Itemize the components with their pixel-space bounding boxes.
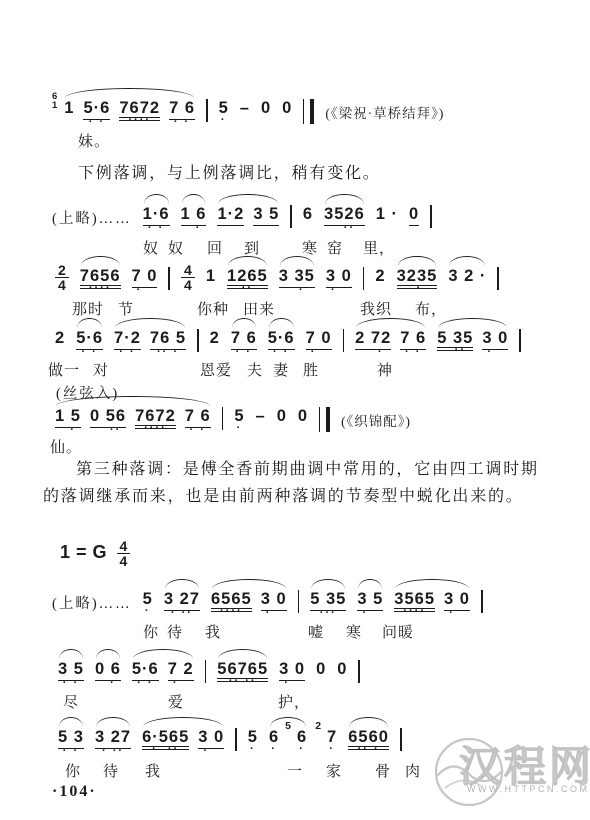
note-group: 1·6· · (143, 205, 170, 226)
score-line-1: 6115·6· ·7672····7 6· ·5·–00(《梁祝·草桥结拜》) (52, 84, 444, 124)
note-group: 1·23 5 (217, 205, 279, 226)
lyric-syllable: 待 (167, 621, 183, 642)
note: 0 (298, 407, 308, 425)
octave-dots: · · (190, 428, 206, 433)
grace-digit: 2 (315, 720, 321, 732)
note-group: 6·56· (269, 728, 307, 746)
barline (235, 728, 237, 751)
note: 6565···· (211, 590, 252, 612)
note: 0 56 ·· (90, 407, 126, 428)
note-group: 7·2· ·76 5·· · (114, 329, 186, 350)
note: 5·6· · (83, 99, 110, 120)
octave-dots: ···· (128, 118, 151, 123)
note-group: 3 35 · (279, 267, 315, 288)
score-caption: (《梁祝·草桥结拜》) (325, 99, 444, 122)
note-group: 5· (234, 407, 244, 425)
note: 3 5· · (58, 660, 84, 681)
note: – (240, 99, 250, 117)
slur-arc (438, 318, 507, 328)
score-line-2: (上略)……1·6· ·1 6 ·1·23 563526 ··1 ·0 (52, 190, 432, 228)
note-group: 7 0· (132, 267, 158, 288)
paragraph-third-drop-line1: 第三种落调：是傅全香前期曲调中常用的，它由四工调时期 (43, 456, 555, 483)
lyric-syllable: 胜 (303, 359, 319, 380)
lyric-row: 做一对恩爱夫妻胜神 (0, 359, 590, 379)
time-numerator: 4 (181, 264, 195, 278)
ellipsis-prefix: (上略)…… (52, 590, 132, 613)
lyric-syllable: 仙。 (50, 436, 82, 457)
note: 76 5·· · (150, 329, 186, 350)
key-equals: = (76, 542, 87, 563)
octave-dots: ·· (95, 428, 122, 433)
slur-arc (59, 649, 83, 659)
note-group: – (240, 99, 250, 117)
barline (400, 728, 402, 751)
key-meter: 4 4 (117, 540, 131, 567)
note-group: 6 (303, 205, 313, 223)
slur-arc (356, 318, 425, 328)
note: 1 (206, 267, 216, 285)
slur-arc (65, 88, 194, 98)
note: 5 35··· (310, 590, 346, 611)
slur-arc (269, 318, 294, 328)
octave-dots: ·· (237, 286, 258, 291)
note-group: 7 6· · (231, 329, 257, 350)
octave-dots: · (145, 609, 151, 614)
slur-arc (311, 579, 345, 589)
octave-dots: · (331, 288, 347, 293)
octave-dots: · (137, 288, 153, 293)
note-group: 1265 ·· (227, 267, 268, 289)
note-group: 3 5· · (58, 660, 84, 681)
note-group: 3235 · (397, 267, 438, 289)
key-signature: 1 = G 4 4 (60, 538, 130, 567)
note-group: 15·6· ·7672····7 6· · (64, 99, 195, 121)
ellipsis-prefix: (上略)…… (52, 205, 132, 228)
note: 7· (327, 728, 337, 746)
slur-arc (395, 579, 469, 589)
note-group: 3 0· (279, 660, 305, 681)
slur-arc (81, 256, 120, 266)
key-letter: G (93, 542, 107, 563)
note: 1·2 (217, 205, 244, 226)
note: 7 6· · (231, 329, 257, 350)
note-group: 1 6 · (181, 205, 207, 226)
note: 3565···· (394, 590, 435, 612)
lyric-row: 妹。 (0, 130, 590, 150)
slur-arc (398, 256, 437, 266)
note: 3 27· ·· (95, 728, 131, 749)
octave-dots: · (250, 747, 256, 752)
note: 0 (337, 660, 347, 678)
note: 1·6· · (143, 205, 170, 226)
score-line-4: 25·6· ·7·2· ·76 5·· ·27 6· ·5·6· ·7 0· 2… (55, 314, 521, 352)
octave-dots: · ·· (171, 611, 193, 616)
note-group: 7 0· (306, 329, 332, 350)
note-group: 6·565· ··3 0· (142, 728, 224, 750)
note-group: 3526 ·· (324, 205, 365, 226)
note: 6· (297, 728, 307, 746)
lyric-syllable: 家 (326, 760, 342, 781)
note-group: 0 (316, 660, 326, 678)
octave-dots: · (362, 611, 378, 616)
barline (168, 267, 170, 290)
octave-dots: · (311, 350, 327, 355)
octave-dots: · · (63, 749, 79, 754)
barline (290, 205, 292, 228)
lyric-syllable: 神 (377, 359, 393, 380)
grace-digit: 5 (285, 720, 291, 732)
note-group: 5· (219, 99, 229, 117)
note: 2 (55, 329, 65, 347)
note: 7 0· (306, 329, 332, 350)
octave-dots: · (60, 428, 76, 433)
octave-dots: ·· (334, 226, 355, 231)
note: 7656···· (80, 267, 121, 289)
lyric-syllable: 待 (103, 760, 119, 781)
slur-arc (144, 194, 169, 204)
octave-dots: ···· (89, 286, 112, 291)
octave-dots: ···· (403, 609, 426, 614)
octave-dots: · · (236, 350, 252, 355)
note: 6·565· ·· (142, 728, 189, 750)
lyric-row: 仙。 (0, 436, 590, 456)
barline (298, 590, 300, 613)
barline (430, 205, 432, 228)
note-group: 27· (318, 728, 337, 746)
slur-arc (96, 717, 130, 727)
note-group: 2 (375, 267, 385, 285)
octave-dots: · (100, 681, 116, 686)
note: 6 (303, 205, 313, 223)
note: 1 (64, 99, 74, 117)
octave-dots: · · (405, 350, 421, 355)
lyric-syllable: 尽 (63, 691, 79, 712)
note-group: 5·6· ·7 2· (132, 660, 194, 681)
score-line-7: 3 5· ·0 6 ·5·6· ·7 2· 56765·· ··3 0· 00 (58, 645, 360, 683)
octave-dots: · (237, 426, 243, 431)
note: 3 0· (279, 660, 305, 681)
note: 7 0· (132, 267, 158, 288)
note: 2 72 · (355, 329, 391, 350)
barline (343, 329, 345, 352)
octave-dots: ·· · (157, 350, 179, 355)
slur-arc (115, 318, 185, 328)
note-group: 3 27· ·· (95, 728, 131, 749)
lyric-syllable: 恩爱 (200, 359, 232, 380)
octave-dots: · (407, 286, 428, 291)
octave-dots: · · (137, 681, 153, 686)
note: 7 2· (168, 660, 194, 681)
octave-dots: · (289, 288, 305, 293)
lyric-syllable: 一 (287, 760, 303, 781)
note: 6560·· · (348, 728, 389, 750)
note-group: 1 (206, 267, 216, 285)
note: 0 (409, 205, 419, 226)
octave-dots: · (266, 611, 282, 616)
note: 3526 ·· (324, 205, 365, 226)
octave-dots: · · (81, 350, 97, 355)
slur-arc (280, 256, 314, 266)
sheet-music-page: 汉程网 WWW.HTTPCN.COM 下例落调，与上例落调比，稍有变化。 (丝弦… (0, 0, 590, 820)
lyric-syllable: 妹。 (78, 130, 110, 151)
time-denominator: 4 (184, 278, 192, 291)
note-group: 2 (210, 329, 220, 347)
slur-arc (96, 649, 120, 659)
barline (205, 660, 207, 683)
note-group: 1 · (376, 205, 398, 223)
note: 7 6· · (400, 329, 426, 350)
slur-arc (218, 194, 278, 204)
note: 56765·· ·· (217, 660, 268, 682)
slur-arc (143, 717, 223, 727)
lyric-syllable: 我 (205, 621, 221, 642)
note-group: 2 72 ·7 6· · (355, 329, 426, 350)
octave-dots: ···· (220, 609, 243, 614)
note: 3 27· ·· (164, 590, 200, 611)
barline (363, 267, 365, 290)
lyric-syllable: 寒 (346, 621, 362, 642)
note-group: 0 (277, 407, 287, 425)
slur-arc (59, 717, 83, 727)
note-group: 3 27· ·· (164, 590, 200, 611)
note: 3 0· (198, 728, 224, 749)
note-group: 5·6· · (268, 329, 295, 350)
note-group: 5· (248, 728, 258, 746)
key-tonic: 1 (60, 542, 70, 563)
octave-dots: · (299, 747, 305, 752)
octave-dots: · · (119, 350, 135, 355)
time-denominator: 4 (58, 278, 66, 291)
lyric-syllable: 你 (65, 760, 81, 781)
note: 2 (375, 267, 385, 285)
lyric-syllable: 你 (143, 621, 159, 642)
note: 5·6· · (76, 329, 103, 350)
lyric-syllable: 嘘 (308, 621, 324, 642)
note-group: 5 35 ··3 0· (437, 329, 508, 351)
note-group: 0 6 · (95, 660, 121, 681)
octave-dots: · (449, 611, 465, 616)
slur-arc (218, 649, 267, 659)
note-group: 5 3· · (58, 728, 84, 749)
slur-arc (165, 579, 199, 589)
note-group: 3 2 · (448, 267, 486, 285)
lyric-syllable: 肉 (405, 760, 421, 781)
octave-dots: · · (89, 120, 105, 125)
note: 1 · (376, 205, 398, 223)
barline (519, 329, 521, 352)
note: 5· (143, 590, 153, 608)
note-group: 0 (298, 407, 308, 425)
slur-arc (449, 256, 485, 266)
octave-dots: · · (148, 226, 164, 231)
octave-dots: · ·· (102, 749, 124, 754)
barline (497, 267, 499, 290)
note-group: 6565····3 0· (211, 590, 287, 612)
lyric-row: 你待我一家骨肉 (0, 760, 590, 780)
note: – (256, 407, 266, 425)
grace-digit: 1 (52, 101, 57, 110)
note: 0 (316, 660, 326, 678)
note: 2 (210, 329, 220, 347)
note: 3 0· (444, 590, 470, 611)
note: 6· (269, 728, 279, 746)
octave-dots: · (186, 226, 202, 231)
note-group: 7656···· (80, 267, 121, 289)
score-caption: (《织锦配》) (341, 407, 411, 430)
final-barline (319, 407, 330, 432)
note: 7672···· (135, 407, 176, 429)
note: 5 3· · (58, 728, 84, 749)
slur-arc (349, 717, 388, 727)
slur-arc (228, 256, 267, 266)
note-group: 0 (282, 99, 292, 117)
time-signature: 44 (181, 264, 195, 291)
note: 3235 · (397, 267, 438, 289)
octave-dots: · (487, 350, 503, 355)
note-group: 5·6· · (76, 329, 103, 350)
slur-arc (232, 318, 256, 328)
note: 3 0· (482, 329, 508, 350)
lyric-syllable: 问暖 (382, 621, 414, 642)
note-group: 2 (55, 329, 65, 347)
score-line-5: 1 5 ·0 56 ··7672····7 6· ·5·–00(《织锦配》) (55, 392, 411, 432)
note: 3 0· (261, 590, 287, 611)
page-number: ·104· (52, 783, 97, 801)
note: 7 6· · (169, 99, 195, 120)
final-barline (303, 99, 314, 124)
barline (222, 407, 224, 430)
note: 3 0· (326, 267, 352, 288)
note-group: 5· (143, 590, 153, 608)
score-line-8: 5 3· ·3 27· ··6·565· ··3 0· 5·6·56·27·65… (58, 713, 402, 751)
octave-dots: ·· ·· (229, 679, 257, 684)
note-group: 3 0· (326, 267, 352, 288)
octave-dots: · (363, 350, 384, 355)
paragraph-third-drop: 第三种落调：是傅全香前期曲调中常用的，它由四工调时期 的落调继承而来，也是由前两… (43, 456, 555, 510)
lyric-syllable: 妻 (273, 359, 289, 380)
octave-dots: · ·· (152, 747, 179, 752)
barline (206, 99, 208, 122)
note-group: 3 5· (357, 590, 383, 611)
note-group: 0 (409, 205, 419, 226)
note: 3 5 (253, 205, 279, 226)
lyric-syllable: 夫 (247, 359, 263, 380)
note: 3 5· (357, 590, 383, 611)
note: 0 (282, 99, 292, 117)
slur-arc (182, 194, 206, 204)
slur-arc (133, 649, 193, 659)
paragraph-intro: 下例落调，与上例落调比，稍有变化。 (45, 160, 550, 187)
note: 5· (248, 728, 258, 746)
octave-dots: · (173, 681, 189, 686)
octave-dots: · (203, 749, 219, 754)
note-group: 0 (261, 99, 271, 117)
time-numerator: 2 (55, 264, 69, 278)
octave-dots: · · (273, 350, 289, 355)
lyric-syllable: 爱 (168, 691, 184, 712)
octave-dots: ·· · (358, 747, 380, 752)
note-group: 6560·· · (348, 728, 389, 750)
octave-dots: · (221, 118, 227, 123)
barline (481, 590, 483, 613)
key-meter-denominator: 4 (120, 554, 128, 567)
slur-arc (212, 579, 286, 589)
score-line-6: (上略)……5·3 27· ··6565····3 0· 5 35···3 5·… (52, 575, 483, 613)
lyric-syllable: 护， (278, 691, 310, 712)
slur-arc (56, 396, 210, 406)
note: 0 (277, 407, 287, 425)
slur-arc (325, 194, 364, 204)
lyric-syllable: 我 (145, 760, 161, 781)
lyric-row: 你待我嘘寒问暖 (0, 621, 590, 641)
note: 7·2· · (114, 329, 141, 350)
note: 1 5 · (55, 407, 81, 428)
slur-arc (77, 318, 102, 328)
barline (358, 660, 360, 683)
note: 3 35 · (279, 267, 315, 288)
note-group: 5 35··· (310, 590, 346, 611)
note: 1265 ·· (227, 267, 268, 289)
note: 5· (219, 99, 229, 117)
key-meter-numerator: 4 (117, 540, 131, 554)
note-group: 3565····3 0· (394, 590, 470, 612)
paragraph-third-drop-line2: 的落调继承而来，也是由前两种落调的节奏型中蜕化出来的。 (43, 483, 555, 510)
note: 1 6 · (181, 205, 207, 226)
lyric-row: 尽爱护， (0, 691, 590, 711)
watermark-site-url: WWW.HTTPCN.COM (467, 784, 589, 794)
lyric-syllable: 做一 (48, 359, 80, 380)
note: 5 35 ·· (437, 329, 473, 351)
grace-note: 61 (52, 92, 57, 110)
score-line-3: 247656····7 0· 4411265 ·· 3 35 ·3 0· 232… (55, 252, 499, 291)
barline (197, 329, 199, 352)
time-signature: 24 (55, 264, 69, 291)
note: 0 (261, 99, 271, 117)
paragraph-intro-text: 下例落调，与上例落调比，稍有变化。 (45, 160, 550, 187)
lyric-syllable: 骨 (375, 760, 391, 781)
octave-dots: · (329, 747, 335, 752)
note: 7672···· (119, 99, 160, 121)
note: 3 2 · (448, 267, 486, 285)
slur-arc (358, 579, 382, 589)
note: 5· (234, 407, 244, 425)
note-group: 0 (337, 660, 347, 678)
octave-dots: · · (63, 681, 79, 686)
octave-dots: · (271, 747, 277, 752)
note: 0 6 · (95, 660, 121, 681)
note-group: – (256, 407, 266, 425)
octave-dots: · (284, 681, 300, 686)
note: 7 6· · (185, 407, 211, 428)
note: 5·6· · (132, 660, 159, 681)
octave-dots: ··· (320, 611, 337, 616)
note-group: 56765·· ·· (217, 660, 268, 682)
note: 5·6· · (268, 329, 295, 350)
lyric-syllable: 对 (93, 359, 109, 380)
octave-dots: · · (174, 120, 190, 125)
octave-dots: ···· (144, 426, 167, 431)
note-group: 1 5 ·0 56 ··7672····7 6· · (55, 407, 211, 429)
octave-dots: ·· (445, 348, 466, 353)
